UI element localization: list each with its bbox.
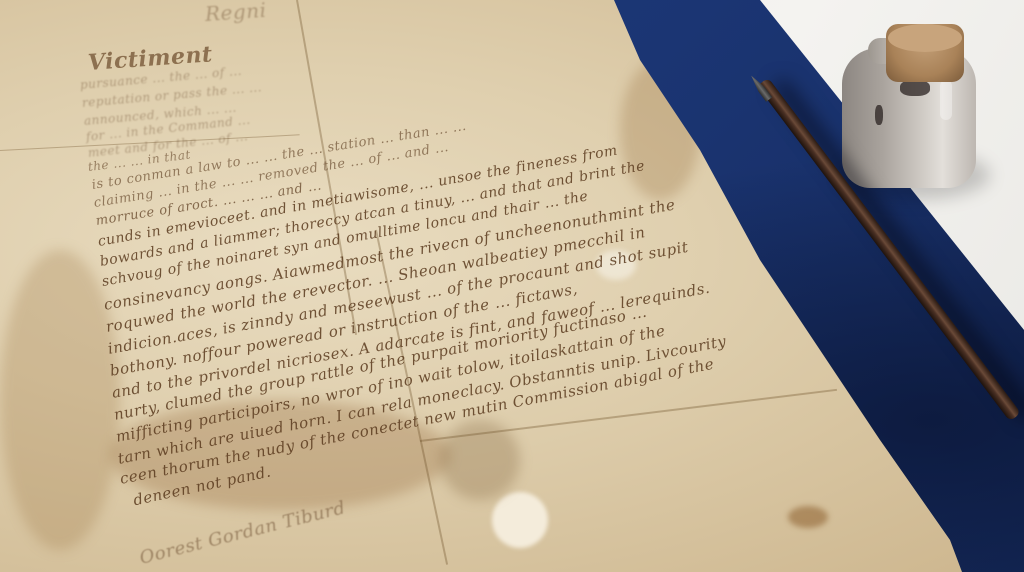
ink-drip (900, 80, 930, 96)
signature: Oorest Gordan Tiburd (137, 497, 347, 569)
cork-top (888, 24, 962, 52)
jar-highlight (940, 80, 952, 120)
document-header: Regni (204, 0, 267, 26)
photo-scene: Regni Victiment pursuance ... the ... of… (0, 0, 1024, 572)
ink-drip (875, 105, 883, 125)
